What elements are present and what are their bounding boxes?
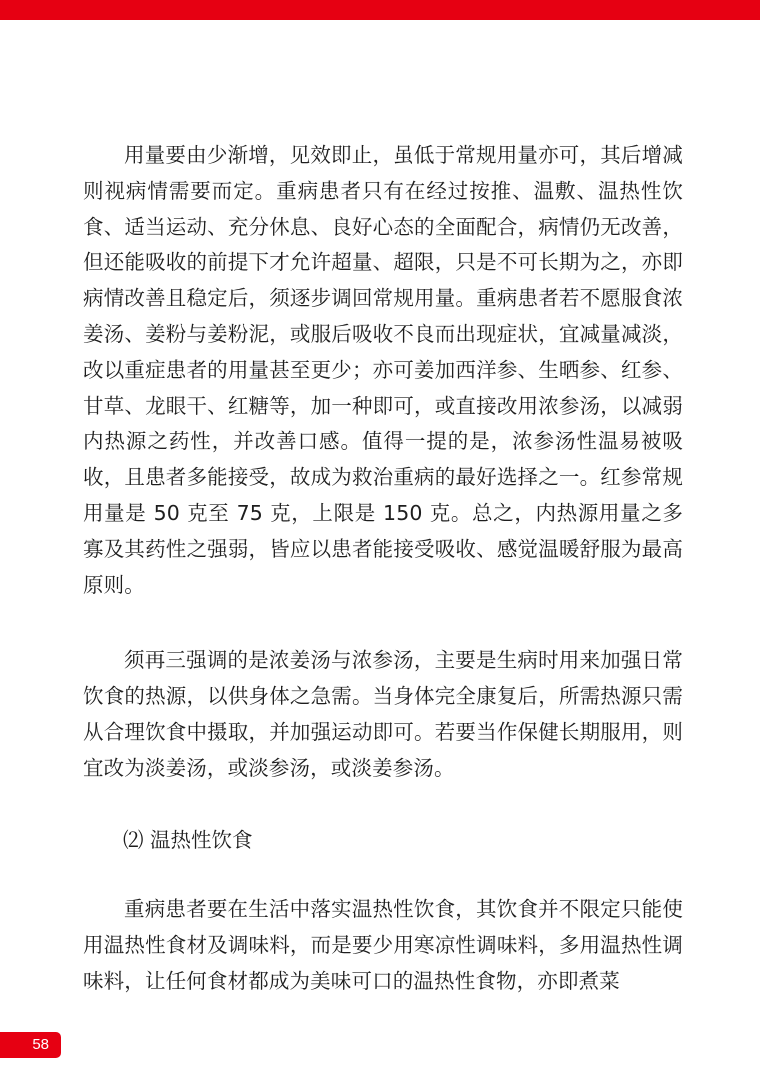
paragraph-warm-diet: 重病患者要在生活中落实温热性饮食，其饮食并不限定只能使用温热性食材及调味料，而是…	[83, 892, 683, 999]
page-number-tab: 58	[0, 1032, 61, 1058]
section-heading: ⑵ 温热性饮食	[83, 823, 683, 859]
paragraph-emphasis: 须再三强调的是浓姜汤与浓参汤，主要是生病时用来加强日常饮食的热源，以供身体之急需…	[83, 643, 683, 786]
top-red-bar	[0, 0, 760, 20]
paragraph-dosage: 用量要由少渐增，见效即止，虽低于常规用量亦可，其后增减则视病情需要而定。重病患者…	[83, 138, 683, 603]
page-body: 用量要由少渐增，见效即止，虽低于常规用量亦可，其后增减则视病情需要而定。重病患者…	[83, 138, 683, 1000]
